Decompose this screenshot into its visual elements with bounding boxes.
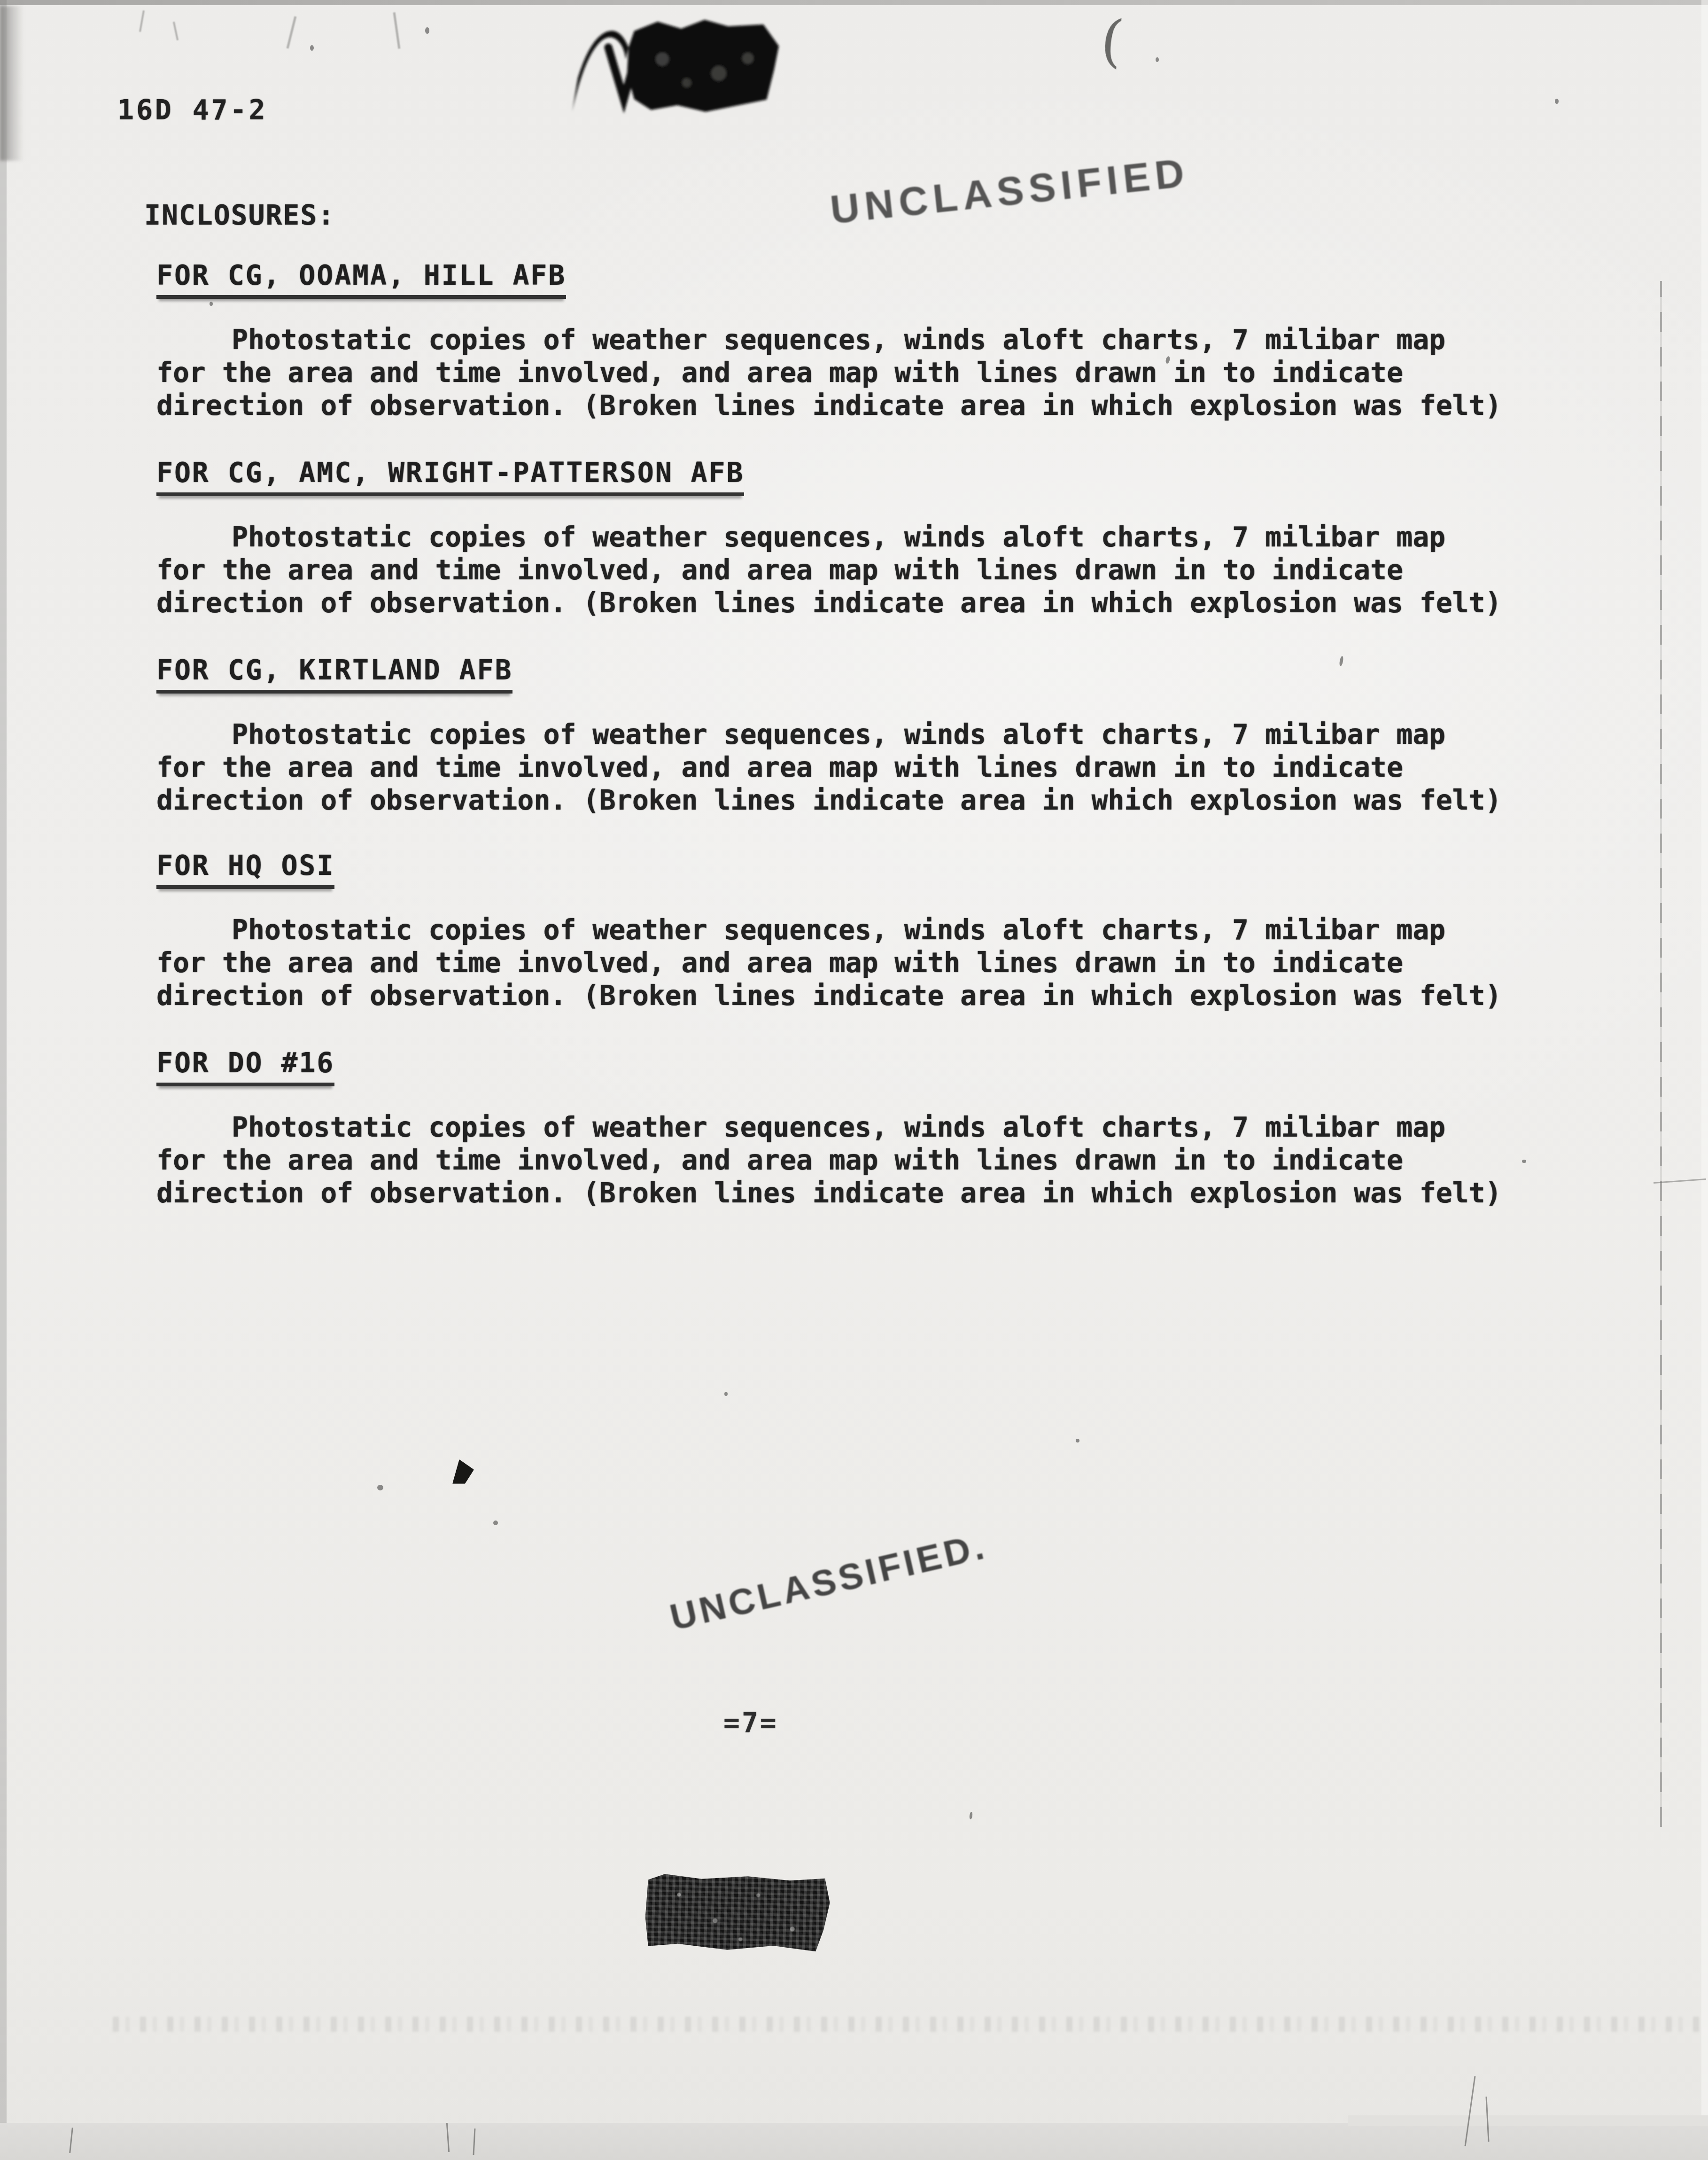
unclassified-stamp-top: UNCLASSIFIED [828, 149, 1192, 234]
pencil-mark [287, 16, 297, 48]
section-heading: FOR CG, OOAMA, HILL AFB [156, 259, 566, 299]
scanned-document-page: ( 16D 47-2 UNCLASSIFIED INCLOSURES: FOR … [0, 0, 1708, 2160]
ghost-text-smudge [113, 2017, 1705, 2032]
paragraph-line: Photostatic copies of weather sequences,… [156, 521, 1501, 554]
section-paragraph: Photostatic copies of weather sequences,… [156, 913, 1501, 1012]
paragraph-line: for the area and time involved, and area… [156, 356, 1501, 389]
dust-speck [1522, 1160, 1526, 1163]
dust-speck [425, 27, 429, 34]
page-number: =7= [723, 1707, 778, 1739]
pencil-mark [393, 12, 401, 49]
section-heading: FOR DO #16 [156, 1047, 334, 1086]
paragraph-line: for the area and time involved, and area… [156, 751, 1501, 784]
pencil-mark [139, 10, 145, 32]
vertical-fold-line [1660, 281, 1662, 1827]
document-reference-number: 16D 47-2 [117, 94, 267, 126]
redaction-scribble-graphic [564, 3, 784, 116]
section-kirtland-afb: FOR CG, KIRTLAND AFB Photostatic copies … [156, 654, 1501, 817]
dust-speck [1076, 1439, 1079, 1443]
paragraph-line: direction of observation. (Broken lines … [156, 784, 1501, 817]
scan-left-corner-shadow [0, 6, 23, 161]
scan-top-edge [0, 0, 1708, 5]
paragraph-line: Photostatic copies of weather sequences,… [156, 718, 1501, 751]
section-heading: FOR CG, KIRTLAND AFB [156, 654, 512, 694]
dust-speck [377, 1485, 383, 1490]
dust-speck [291, 996, 295, 1000]
paragraph-line: for the area and time involved, and area… [156, 1144, 1501, 1177]
section-hill-afb: FOR CG, OOAMA, HILL AFB Photostatic copi… [156, 259, 1501, 422]
paragraph-line: direction of observation. (Broken lines … [156, 389, 1501, 422]
paragraph-line: direction of observation. (Broken lines … [156, 586, 1501, 619]
stray-paren-mark: ( [1098, 8, 1126, 75]
dust-speck [310, 45, 314, 51]
paragraph-line: for the area and time involved, and area… [156, 946, 1501, 979]
section-paragraph: Photostatic copies of weather sequences,… [156, 323, 1501, 422]
dust-speck [1555, 99, 1559, 104]
scan-bottom-edge-step [1348, 2115, 1708, 2126]
section-heading: FOR HQ OSI [156, 850, 334, 889]
paragraph-line: direction of observation. (Broken lines … [156, 1177, 1501, 1209]
unclassified-stamp-bottom: UNCLASSIFIED. [666, 1524, 991, 1639]
redaction-mark-top [564, 3, 784, 116]
paragraph-line: for the area and time involved, and area… [156, 554, 1501, 586]
paragraph-line: Photostatic copies of weather sequences,… [156, 913, 1501, 946]
section-do-16: FOR DO #16 Photostatic copies of weather… [156, 1047, 1501, 1209]
redaction-mark-bottom [644, 1871, 831, 1954]
section-paragraph: Photostatic copies of weather sequences,… [156, 1111, 1501, 1209]
inclosures-label: INCLOSURES: [144, 199, 335, 231]
dust-speck [724, 1392, 728, 1396]
scan-bottom-edge [0, 2123, 1708, 2160]
scan-right-edge [1701, 0, 1708, 2160]
ink-blot-speck [452, 1459, 474, 1484]
dust-speck [969, 1812, 973, 1820]
paragraph-line: direction of observation. (Broken lines … [156, 979, 1501, 1012]
section-paragraph: Photostatic copies of weather sequences,… [156, 521, 1501, 619]
dust-speck [1156, 57, 1159, 62]
section-hq-osi: FOR HQ OSI Photostatic copies of weather… [156, 850, 1501, 1012]
scan-left-edge [0, 0, 7, 2160]
section-paragraph: Photostatic copies of weather sequences,… [156, 718, 1501, 817]
dust-speck [210, 302, 213, 306]
section-heading: FOR CG, AMC, WRIGHT-PATTERSON AFB [156, 457, 744, 496]
paragraph-line: Photostatic copies of weather sequences,… [156, 323, 1501, 356]
paragraph-line: Photostatic copies of weather sequences,… [156, 1111, 1501, 1144]
dust-speck [493, 1521, 498, 1525]
pencil-mark [173, 22, 179, 40]
section-wright-patterson-afb: FOR CG, AMC, WRIGHT-PATTERSON AFB Photos… [156, 457, 1501, 619]
